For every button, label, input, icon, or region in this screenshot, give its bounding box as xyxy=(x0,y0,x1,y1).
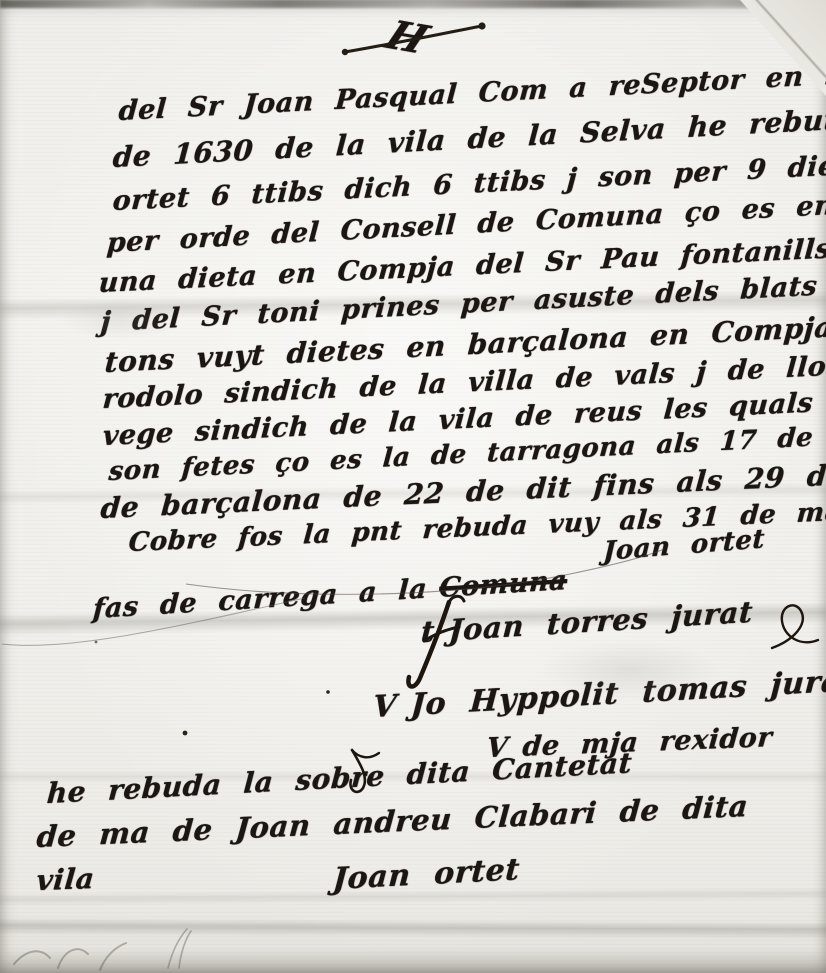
margin-note-struck-word: Comuna xyxy=(438,565,568,604)
ink-spot xyxy=(326,690,330,694)
ink-spot xyxy=(95,641,98,644)
paraph-prefix: V xyxy=(372,689,398,726)
receipt-line: vila xyxy=(36,862,95,897)
bottom-paper-edge xyxy=(0,948,826,973)
torres-tail-flourish xyxy=(772,605,818,648)
manuscript-page: H del Sr Joan Pasqual Com a reSeptor en … xyxy=(0,0,826,973)
margin-note-text: fas de carrega a la xyxy=(92,573,428,625)
invocation-cross-mark: H xyxy=(378,12,436,63)
fold-crease xyxy=(0,918,826,939)
torn-top-edge xyxy=(0,0,826,8)
paraph-prefix: t xyxy=(420,614,436,649)
attestation-hyppolit: VJo Hyppolit tomas jurat xyxy=(372,663,826,725)
attestation-torres: tJoan torres jurat xyxy=(420,595,754,649)
receipt-signature-joan-ortet: Joan ortet xyxy=(332,852,521,897)
ink-spot xyxy=(183,731,188,736)
